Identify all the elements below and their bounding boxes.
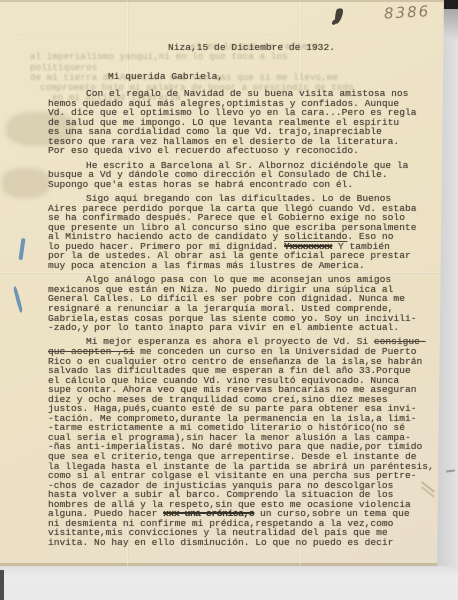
catalog-number: 8386 (384, 1, 445, 22)
salutation: Mi querida Gabriela, (108, 72, 458, 82)
letter-paper: al en la que se refiereal imperialismo y… (0, 0, 458, 566)
letter-body: Niza,15 de Diciembre de 1932. Mi querida… (48, 43, 458, 552)
dateline: Niza,15 de Diciembre de 1932. (168, 43, 458, 53)
paper-bottom-edge (0, 563, 440, 566)
paragraph-3: Sigo aquí bregando con las dificultades.… (48, 194, 458, 270)
paragraph-1: Con el regalo de Navidad de su buena vis… (48, 89, 458, 156)
scanned-letter-page: al en la que se refiereal imperialismo y… (0, 0, 458, 600)
text-segment: me conceden un curso en la Universidad d… (48, 346, 434, 519)
paper-fold-top (0, 33, 444, 35)
scanner-dark-notch (0, 570, 4, 600)
paragraph-4: Algo análogo pasa con lo que me aconseja… (48, 275, 458, 332)
bleed-through-smudge (2, 168, 50, 198)
blue-pencil-mark-1 (18, 238, 25, 260)
scanner-background-bottom (0, 566, 458, 600)
paragraphs: Con el regalo de Navidad de su buena vis… (48, 89, 458, 547)
text-segment: Algo análogo pasa con lo que me aconseja… (48, 274, 416, 333)
paragraph-2: He escrito a Barcelona al Sr. Albornoz d… (48, 161, 458, 190)
text-segment: Con el regalo de Navidad de su buena vis… (48, 88, 416, 156)
blue-pencil-mark-2 (13, 286, 22, 313)
paper-top-edge (0, 0, 444, 2)
ink-blot (333, 7, 344, 24)
text-segment: He escrito a Barcelona al Sr. Albornoz d… (48, 160, 408, 190)
paragraph-5: Mi mejor esperanza es ahora el proyecto … (48, 337, 458, 547)
